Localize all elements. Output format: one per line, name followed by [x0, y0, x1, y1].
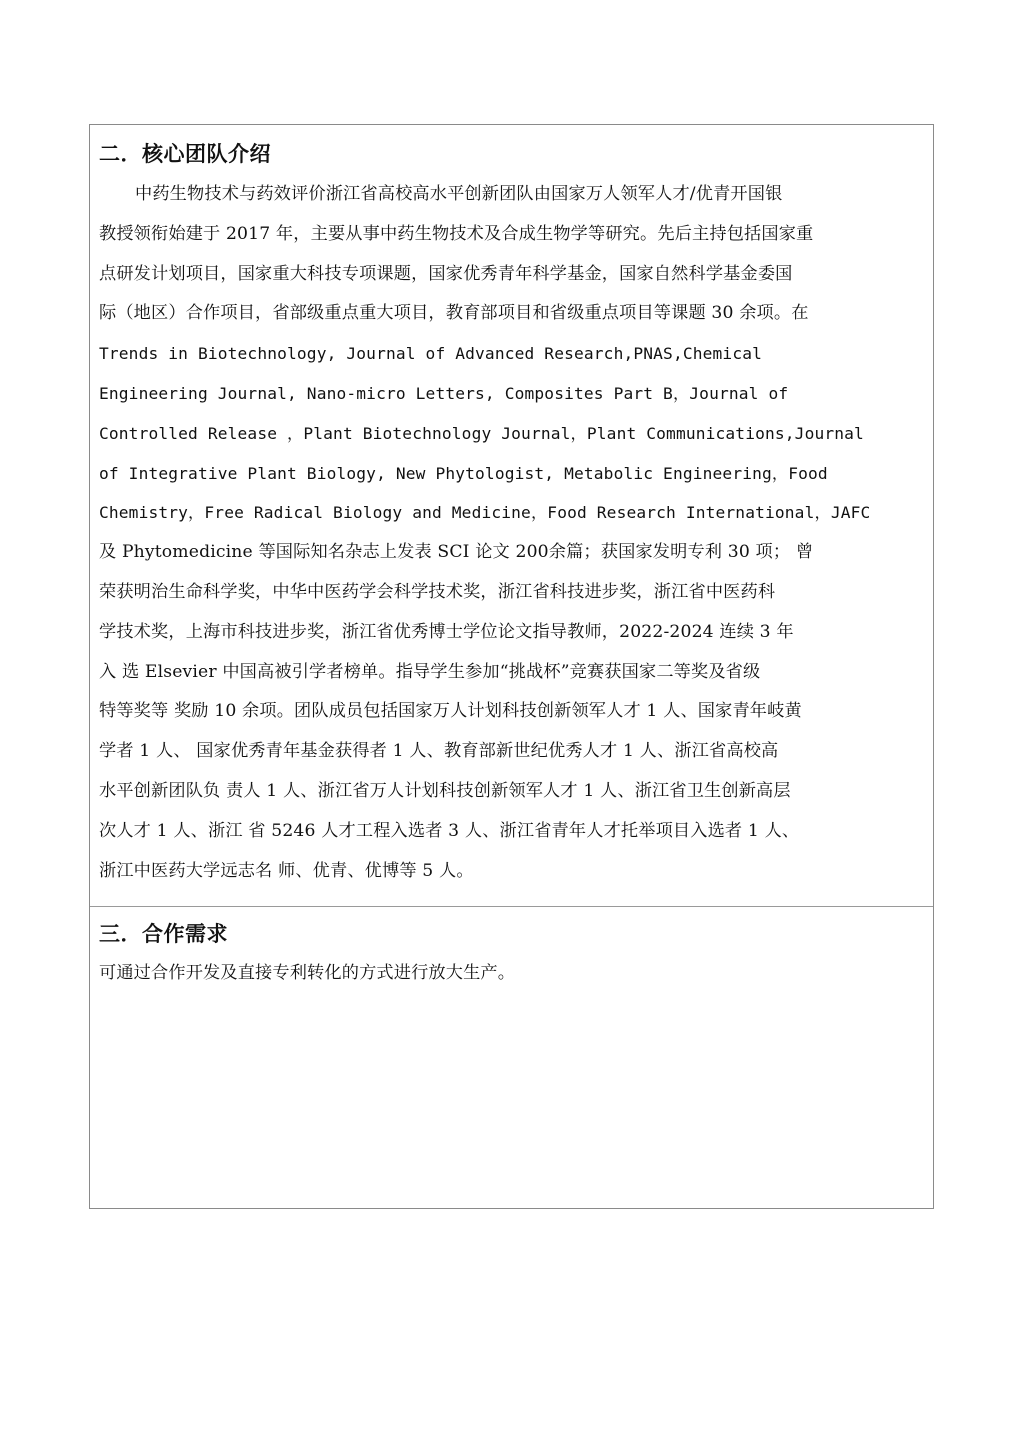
text-line: 次人才 1 人、浙江 省 5246 人才工程入选者 3 人、浙江省青年人才托举项…	[99, 812, 924, 852]
text-line: Chemistry，Free Radical Biology and Medic…	[99, 493, 924, 533]
text-line: 际（地区）合作项目，省部级重点重大项目，教育部项目和省级重点项目等课题 30 余…	[99, 294, 924, 334]
text-line: Controlled Release ，Plant Biotechnology …	[99, 414, 924, 454]
text-line: 学技术奖，上海市科技进步奖，浙江省优秀博士学位论文指导教师，2022-2024 …	[99, 613, 924, 653]
text-line: Trends in Biotechnology, Journal of Adva…	[99, 334, 924, 374]
text-line: 特等奖等 奖励 10 余项。团队成员包括国家万人计划科技创新领军人才 1 人、国…	[99, 692, 924, 732]
text-line: 浙江中医药大学远志名 师、优青、优博等 5 人。	[99, 852, 924, 892]
text-line: 水平创新团队负 责人 1 人、浙江省万人计划科技创新领军人才 1 人、浙江省卫生…	[99, 772, 924, 812]
text-line: Engineering Journal, Nano-micro Letters,…	[99, 374, 924, 414]
section-cooperation-needs: 三．合作需求 可通过合作开发及直接专利转化的方式进行放大生产。	[90, 906, 933, 1208]
section-core-team: 二．核心团队介绍 中药生物技术与药效评价浙江省高校高水平创新团队由国家万人领军人…	[90, 125, 933, 906]
text-line: 荣获明治生命科学奖，中华中医药学会科学技术奖，浙江省科技进步奖，浙江省中医药科	[99, 573, 924, 613]
text-line: 中药生物技术与药效评价浙江省高校高水平创新团队由国家万人领军人才/优青开国银	[99, 175, 924, 215]
text-line: 及 Phytomedicine 等国际知名杂志上发表 SCI 论文 200余篇；…	[99, 533, 924, 573]
section-title-cooperation: 三．合作需求	[99, 907, 924, 946]
core-team-paragraph: 中药生物技术与药效评价浙江省高校高水平创新团队由国家万人领军人才/优青开国银 教…	[99, 175, 924, 891]
text-line: 点研发计划项目，国家重大科技专项课题，国家优秀青年科学基金，国家自然科学基金委国	[99, 255, 924, 295]
cooperation-text: 可通过合作开发及直接专利转化的方式进行放大生产。	[99, 958, 924, 988]
document-table: 二．核心团队介绍 中药生物技术与药效评价浙江省高校高水平创新团队由国家万人领军人…	[89, 124, 934, 1209]
text-line: of Integrative Plant Biology, New Phytol…	[99, 454, 924, 494]
text-line: 教授领衔始建于 2017 年，主要从事中药生物技术及合成生物学等研究。先后主持包…	[99, 215, 924, 255]
section-title-core-team: 二．核心团队介绍	[99, 125, 924, 166]
text-line: 入 选 Elsevier 中国高被引学者榜单。指导学生参加“挑战杯”竞赛获国家二…	[99, 653, 924, 693]
text-line: 学者 1 人、 国家优秀青年基金获得者 1 人、教育部新世纪优秀人才 1 人、浙…	[99, 732, 924, 772]
